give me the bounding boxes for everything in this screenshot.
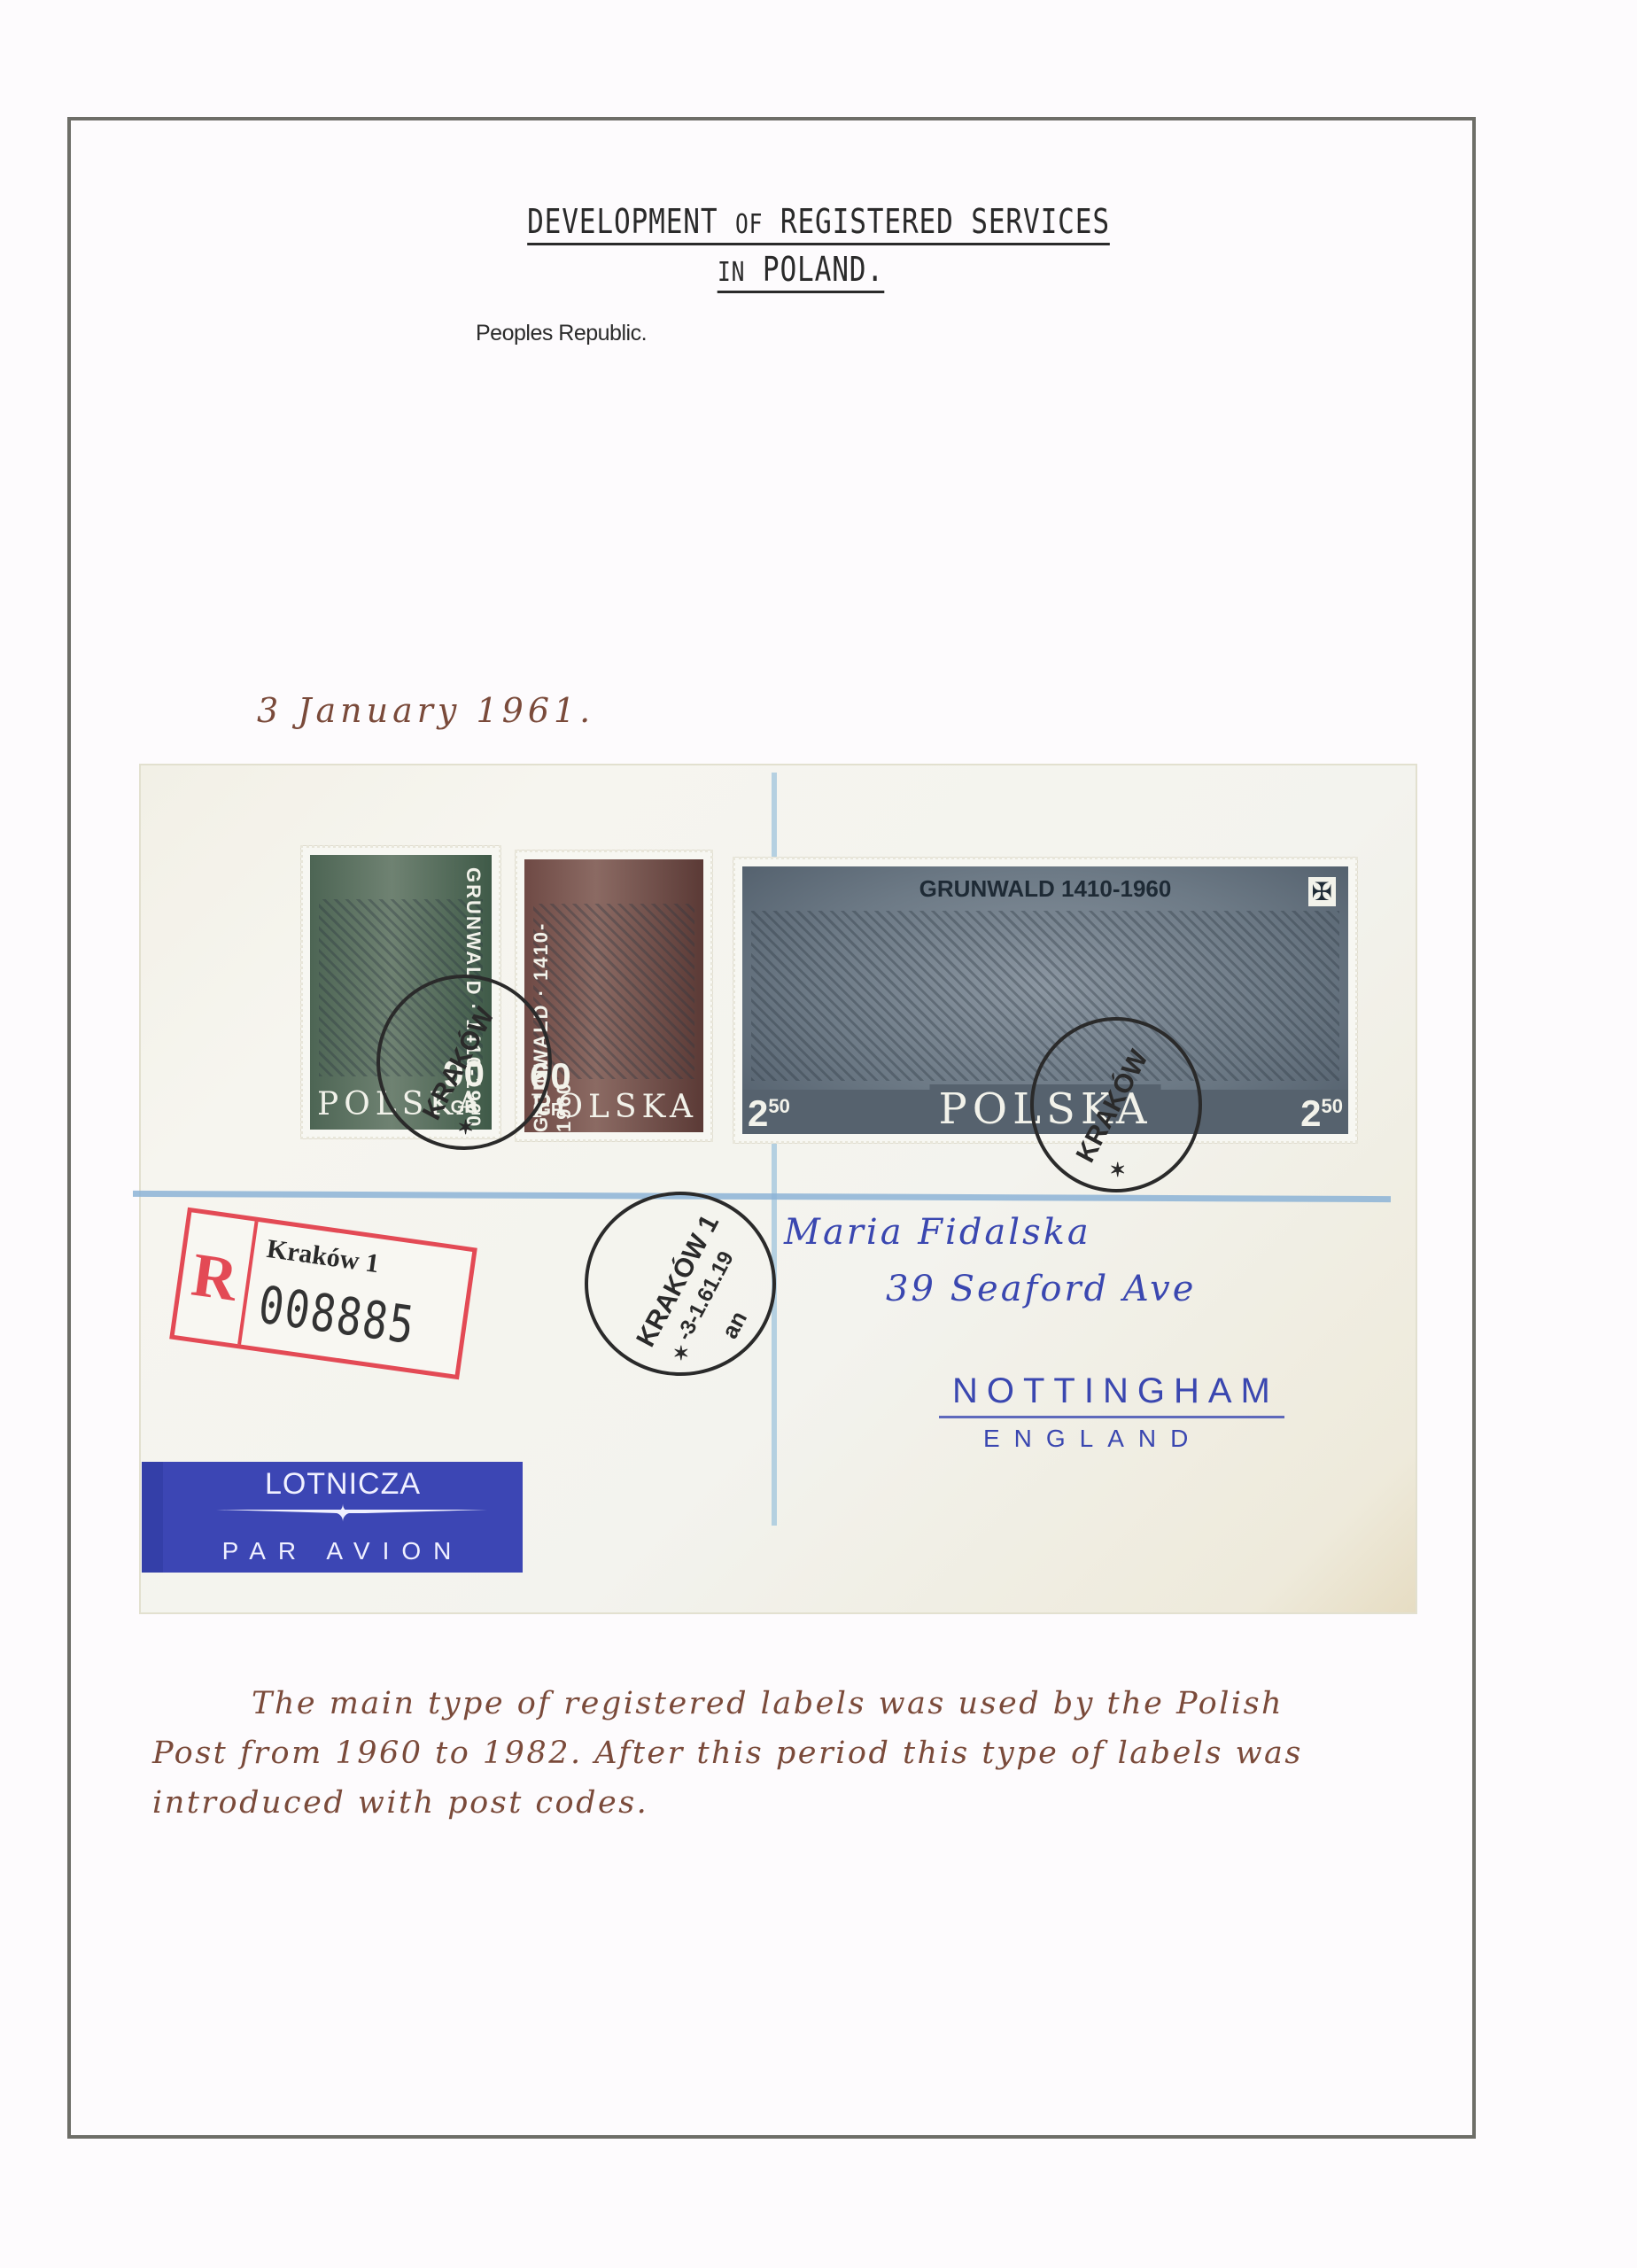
postmark-code: an bbox=[716, 1307, 753, 1343]
recipient-city: NOTTINGHAM bbox=[952, 1371, 1279, 1411]
recipient-street: 39 Seaford Ave bbox=[886, 1269, 1196, 1309]
airmail-bottom-text: PAR AVION bbox=[163, 1537, 523, 1565]
registration-letter: R bbox=[175, 1212, 259, 1344]
star-icon: ✶ bbox=[673, 1342, 689, 1365]
stamp-value-sup: 50 bbox=[1322, 1095, 1343, 1117]
airplane-icon: ✦ bbox=[333, 1501, 353, 1527]
airmail-top-text: LOTNICZA bbox=[163, 1467, 523, 1502]
postmark-city: KRAKÓW bbox=[417, 1003, 501, 1125]
postmark: KRAKÓW ✶ bbox=[376, 975, 552, 1150]
airmail-label: LOTNICZA ✦ PAR AVION bbox=[142, 1462, 523, 1573]
address-underline bbox=[939, 1416, 1284, 1418]
stamp-value-left: 250 bbox=[748, 1090, 790, 1130]
postmark-city: KRAKÓW bbox=[1071, 1045, 1155, 1168]
page-title-line-2: IN POLAND. bbox=[129, 250, 1471, 289]
postmark: KRAKÓW 1 -3-1.61.19 an ✶ bbox=[585, 1192, 776, 1376]
recipient-country: ENGLAND bbox=[983, 1425, 1202, 1453]
title-word: POLAND. bbox=[763, 250, 884, 289]
star-icon: ✶ bbox=[1110, 1159, 1126, 1182]
title-word: IN bbox=[718, 257, 745, 288]
caption-text: The main type of registered labels was u… bbox=[152, 1686, 1303, 1821]
stamp-value-right: 250 bbox=[1300, 1090, 1343, 1130]
title-word: DEVELOPMENT bbox=[527, 202, 718, 241]
page-title-line-1: DEVELOPMENT OF REGISTERED SERVICES bbox=[147, 202, 1489, 241]
page-subtitle: Peoples Republic. bbox=[476, 321, 647, 346]
registration-number: 008885 bbox=[255, 1274, 419, 1355]
stamp-60gr: GRUNWALD · 1410-1960 POLSKA 60GR bbox=[516, 850, 712, 1141]
stamp-value-sup: 50 bbox=[768, 1095, 789, 1117]
stamp-value-number: 2 bbox=[748, 1092, 768, 1134]
star-icon: ✶ bbox=[457, 1116, 473, 1139]
registration-office: Kraków 1 bbox=[265, 1234, 381, 1279]
title-word: REGISTERED SERVICES bbox=[780, 202, 1110, 241]
description-caption: The main type of registered labels was u… bbox=[152, 1679, 1357, 1828]
postmark: KRAKÓW ✶ bbox=[1030, 1017, 1202, 1192]
stamp-value-number: 2 bbox=[1300, 1092, 1321, 1134]
cover-date: 3 January 1961. bbox=[257, 691, 594, 730]
cross-icon: ✠ bbox=[1308, 877, 1336, 906]
stamp-headline: GRUNWALD 1410-1960 bbox=[742, 875, 1348, 903]
title-word: OF bbox=[735, 209, 763, 240]
recipient-name: Maria Fidalska bbox=[784, 1212, 1091, 1253]
